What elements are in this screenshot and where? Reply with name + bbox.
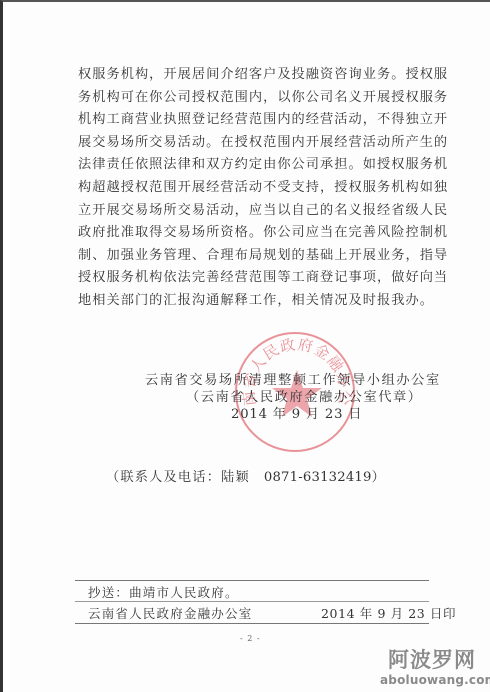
body-line: 权服务机构，开展居间介绍客户及投融资咨询业务。授权服 xyxy=(78,64,424,87)
contact-info: （联系人及电话：陆颖0871-63132419） xyxy=(106,466,385,485)
body-line: 机构工商营业执照登记经营范围内的经营活动，不得独立开 xyxy=(78,109,424,132)
watermark-chinese: 阿波罗网 xyxy=(380,648,484,672)
body-line: 立开展交易场所交易活动，应当以自己的名义报经省级人民 xyxy=(78,200,424,223)
body-line: 法律责任依照法律和双方约定由你公司承担。如授权服务机 xyxy=(78,154,424,177)
body-line: 地相关部门的汇报沟通解释工作，相关情况及时报我办。 xyxy=(78,290,424,313)
body-line: 展交易场所交易活动。在授权范围内开展经营活动所产生的 xyxy=(78,132,424,155)
body-line: 务机构可在你公司授权范围内，以你公司名义开展授权服务 xyxy=(78,87,424,110)
signing-date: 2014 年 9 月 23 日 xyxy=(231,403,362,422)
issuing-office: 云南省人民政府金融办公室 xyxy=(88,604,252,622)
body-line: 政府批准取得交易场所资格。你公司应当在完善风险控制机 xyxy=(78,222,424,245)
footer-rule-bottom xyxy=(75,623,429,624)
watermark-domain: aboluowang.com xyxy=(380,672,484,688)
body-line: 制、加强业务管理、合理布局规划的基础上开展业务，指导 xyxy=(78,245,424,268)
body-line: 构超越授权范围开展经营活动不受支持，授权服务机构如独 xyxy=(78,177,424,200)
contact-label: （联系人及电话：陆颖 xyxy=(106,470,250,485)
page-number: - 2 - xyxy=(240,634,261,643)
footer-rule-top xyxy=(75,580,429,581)
body-line: 授权服务机构依法完善经营范围等工商登记事项，做好向当 xyxy=(78,267,424,290)
footer-rule-middle xyxy=(75,601,429,602)
body-paragraph: 权服务机构，开展居间介绍客户及投融资咨询业务。授权服 务机构可在你公司授权范围内… xyxy=(78,64,424,313)
cc-recipients: 抄送：曲靖市人民政府。 xyxy=(88,583,239,601)
document-page: 权服务机构，开展居间介绍客户及投融资咨询业务。授权服 务机构可在你公司授权范围内… xyxy=(0,0,490,692)
contact-phone: 0871-63132419） xyxy=(264,470,385,485)
print-date: 2014 年 9 月 23 日印 xyxy=(321,604,456,622)
site-watermark: 阿波罗网 aboluowang.com xyxy=(380,648,484,688)
